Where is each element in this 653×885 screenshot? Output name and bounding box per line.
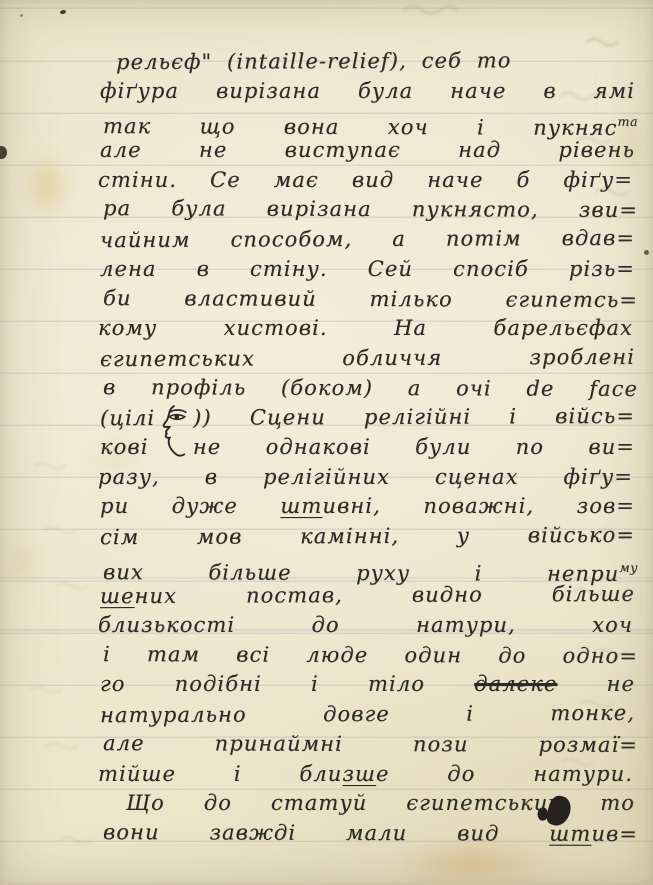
manuscript-text: (цілі: [100, 406, 155, 430]
manuscript-line: вих більше руху і неприму: [103, 551, 638, 583]
manuscript: рельєф" (intaille-relief), себ тофіґура …: [100, 47, 635, 849]
manuscript-text: стіни. Се має вид наче б фіґу=: [98, 168, 633, 192]
manuscript-text: шт: [549, 821, 591, 845]
manuscript-text: би властивий тілько єгипетсь=: [103, 286, 638, 312]
manuscript-text: зш: [342, 762, 376, 786]
manuscript-line: близькості до натури, хоч: [98, 611, 633, 641]
manuscript-text: )) Сцени релігійні і війсь=: [193, 404, 635, 430]
manuscript-line: шених постав, видно більше: [100, 580, 635, 612]
manuscript-text: єгипетських обличчя зроблені: [100, 345, 635, 371]
manuscript-line: разу, в релігійних сценах фіґу=: [98, 463, 633, 493]
manuscript-line: в профіль (боком) а очі de face: [103, 373, 638, 405]
manuscript-text: фіґура вирізана була наче в ямі: [100, 79, 635, 103]
manuscript-line: Що до статуй єгипетських то: [100, 789, 635, 819]
manuscript-text: і там всі люде один до одно=: [103, 642, 638, 668]
manuscript-text: ра була вирізана пукнясто, зви=: [103, 197, 638, 223]
manuscript-text: них постав, видно більше: [134, 582, 635, 608]
manuscript-text: рельєф" (intaille-relief), себ то: [116, 48, 512, 74]
manuscript-page: рельєф" (intaille-relief), себ тофіґура …: [0, 0, 653, 885]
manuscript-text: але принаймні пози розмаї=: [103, 731, 638, 757]
manuscript-text: та: [618, 114, 639, 129]
manuscript-line: тійше і близше до натури.: [98, 760, 633, 790]
manuscript-text: натурально довге і тонке,: [100, 701, 635, 727]
manuscript-line: але не виступає над рівень: [100, 136, 635, 166]
manuscript-text: ше: [100, 584, 135, 608]
manuscript-line: але принаймні пози розмаї=: [103, 729, 638, 761]
manuscript-text: сім мов камінні, у військо=: [100, 523, 635, 549]
manuscript-text: так що вона хоч і пукняс: [103, 114, 618, 140]
manuscript-line: ри дуже штивні, поважні, зов=: [100, 492, 635, 522]
egyptian-profile-face-doodle: [156, 404, 192, 458]
manuscript-line: чайним способом, а потім вдав=: [100, 224, 635, 256]
manuscript-line: так що вона хоч і пукняста: [103, 105, 638, 137]
manuscript-line: кому хистові. На барельєфах: [98, 314, 633, 344]
manuscript-line: го подібні і тіло далеке не: [100, 670, 635, 700]
manuscript-text: ри дуже: [100, 494, 280, 518]
manuscript-text: ив=: [591, 822, 638, 846]
manuscript-line: фіґура вирізана була наче в ямі: [100, 77, 635, 107]
manuscript-line: лена в стіну. Сей спосіб різь=: [100, 255, 635, 285]
manuscript-text: близькості до натури, хоч: [98, 613, 633, 637]
manuscript-text: але не виступає над рівень: [100, 138, 635, 162]
manuscript-text: му: [619, 560, 638, 575]
manuscript-line: ра була вирізана пукнясто, зви=: [103, 195, 638, 227]
manuscript-line: рельєф" (intaille-relief), себ то: [100, 46, 635, 78]
manuscript-text: разу, в релігійних сценах фіґу=: [98, 465, 633, 489]
manuscript-text: вони завжді мали вид: [103, 820, 549, 846]
manuscript-line: єгипетських обличчя зроблені: [100, 343, 635, 375]
manuscript-text: тійше і бли: [98, 762, 342, 786]
manuscript-text: Що до статуй єгипетських то: [126, 791, 635, 815]
manuscript-line: (цілі )) Сцени релігійні і війсь=: [100, 402, 635, 434]
manuscript-text: чайним способом, а потім вдав=: [100, 226, 635, 252]
manuscript-line: сім мов камінні, у військо=: [100, 521, 635, 553]
manuscript-text: в профіль (боком) а очі de face: [103, 375, 638, 401]
manuscript-text: лена в стіну. Сей спосіб різь=: [100, 257, 635, 281]
manuscript-text: шт: [280, 494, 322, 518]
manuscript-line: натурально довге і тонке,: [100, 699, 635, 731]
manuscript-text: го подібні і тіло: [100, 672, 474, 696]
manuscript-line: вони завжді мали вид штив=: [103, 818, 638, 850]
manuscript-text: не: [557, 672, 635, 696]
manuscript-text: далеке: [474, 672, 557, 696]
manuscript-line: і там всі люде один до одно=: [103, 640, 638, 672]
manuscript-text: кому хистові. На барельєфах: [98, 316, 633, 340]
manuscript-line: стіни. Се має вид наче б фіґу=: [98, 166, 633, 196]
manuscript-text: е до натури.: [376, 762, 633, 786]
manuscript-line: би властивий тілько єгипетсь=: [103, 284, 638, 316]
manuscript-text: ивні, поважні, зов=: [322, 494, 635, 518]
